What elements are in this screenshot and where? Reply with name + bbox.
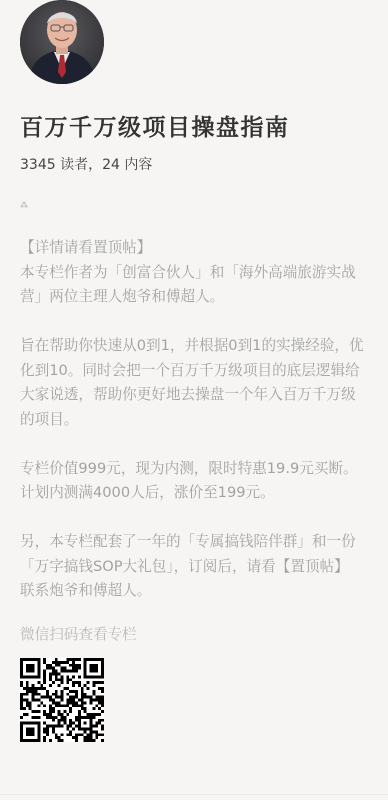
description-line: 大家说透，帮助你更好地去操盘一个年入百万千万级 xyxy=(20,383,368,408)
column-stats: 3345 读者，24 内容 xyxy=(20,155,152,175)
description-line: 另，本专栏配套了一年的「专属搞钱陪伴群」和一份 xyxy=(20,530,368,555)
author-avatar xyxy=(20,0,104,84)
description-line: 联系炮爷和傅超人。 xyxy=(20,579,368,604)
description-line: 「万字搞钱SOP大礼包」，订阅后，请看【置顶帖】 xyxy=(20,555,368,580)
column-title: 百万千万级项目操盘指南 xyxy=(20,112,290,144)
description-line: 旨在帮助你快速从0到1，并根据0到1的实操经验，优 xyxy=(20,334,368,359)
description-paragraph: 另，本专栏配套了一年的「专属搞钱陪伴群」和一份 「万字搞钱SOP大礼包」，订阅后… xyxy=(20,530,368,604)
description-line: 化到10。同时会把一个百万千万级项目的底层逻辑给 xyxy=(20,359,368,384)
decorative-mark-icon: ⁂ xyxy=(20,201,28,211)
description-paragraph: 【详情请看置顶帖】 本专栏作者为「创富合伙人」和「海外高端旅游实战 营」两位主理… xyxy=(20,236,368,310)
bottom-divider xyxy=(0,794,388,795)
description-line: 营」两位主理人炮爷和傅超人。 xyxy=(20,285,368,310)
description-line: 本专栏作者为「创富合伙人」和「海外高端旅游实战 xyxy=(20,261,368,286)
scan-qr-label: 微信扫码查看专栏 xyxy=(20,624,137,646)
description-line: 的项目。 xyxy=(20,408,368,433)
column-intro-page: 百万千万级项目操盘指南 3345 读者，24 内容 ⁂ 【详情请看置顶帖】 本专… xyxy=(0,0,388,800)
description-line: 专栏价值999元，现为内测，限时特惠19.9元买断。 xyxy=(20,457,368,482)
description-paragraph: 专栏价值999元，现为内测，限时特惠19.9元买断。 计划内测满4000人后，涨… xyxy=(20,457,368,506)
qr-code-icon[interactable] xyxy=(20,658,104,742)
description-line: 【详情请看置顶帖】 xyxy=(20,236,368,261)
avatar-portrait-icon xyxy=(20,0,104,84)
description-paragraph: 旨在帮助你快速从0到1，并根据0到1的实操经验，优 化到10。同时会把一个百万千… xyxy=(20,334,368,432)
description-line: 计划内测满4000人后，涨价至199元。 xyxy=(20,481,368,506)
qr-code-pattern xyxy=(20,658,104,742)
column-description: 【详情请看置顶帖】 本专栏作者为「创富合伙人」和「海外高端旅游实战 营」两位主理… xyxy=(20,236,368,628)
